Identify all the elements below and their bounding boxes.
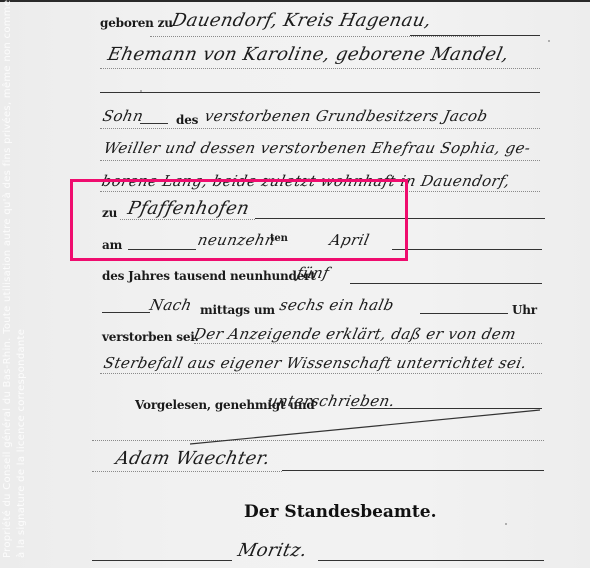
fill-line — [392, 249, 542, 250]
fill-line — [92, 560, 232, 561]
dotted-rule — [100, 68, 540, 69]
fill-line — [350, 283, 542, 284]
signature-official: Moritz. — [236, 540, 309, 561]
signature-declarant: Adam Waechter. — [114, 448, 272, 469]
entry-place-of-death: Pfaffenhofen — [126, 198, 252, 219]
label-am: am — [102, 238, 122, 252]
label-des-jahres: des Jahres tausend neunhundert — [102, 269, 316, 283]
dotted-rule — [120, 219, 255, 220]
label-uhr: Uhr — [512, 303, 537, 317]
fill-line — [100, 92, 540, 93]
strike-line — [190, 407, 550, 447]
entry-declaration-1: Der Anzeigende erklärt, daß er von dem — [192, 325, 518, 343]
entry-year: fünf — [295, 264, 331, 282]
entry-spouse: Ehemann von Karoline, geborene Mandel, — [106, 44, 511, 65]
label-zu: zu — [102, 206, 117, 220]
scanned-page: Propriété du Conseil général du Bas-Rhin… — [0, 2, 590, 568]
entry-month-of-death: April — [328, 231, 371, 249]
ink-speck — [548, 40, 550, 42]
dotted-rule — [92, 471, 282, 472]
entry-birthplace: Dauendorf, Kreis Hagenau, — [170, 10, 434, 31]
fill-line — [140, 123, 168, 124]
label-ten: ten — [270, 233, 288, 244]
entry-mother: Weiller und dessen verstorbenen Ehefrau … — [102, 139, 532, 157]
entry-nach: Nach — [148, 296, 194, 314]
fill-line — [255, 218, 545, 219]
ink-speck — [505, 523, 507, 525]
fill-line — [420, 313, 508, 314]
fill-line — [102, 312, 150, 313]
fill-line — [128, 249, 196, 250]
ink-speck — [140, 90, 142, 92]
dotted-rule — [150, 36, 480, 37]
entry-declaration-2: Sterbefall aus eigener Wissenschaft unte… — [102, 354, 529, 372]
dotted-rule — [100, 128, 540, 129]
watermark-line-1: Propriété du Conseil général du Bas-Rhin… — [2, 0, 14, 558]
watermark-line-2: à la signature de la licence corresponda… — [16, 329, 28, 558]
document-viewer: Propriété du Conseil général du Bas-Rhin… — [0, 0, 590, 568]
entry-sohn: Sohn — [101, 107, 145, 125]
entry-day-of-death: neunzehn — [196, 231, 277, 249]
dotted-rule — [194, 343, 542, 344]
entry-parents-residence: borene Lang, beide zuletzt wohnhaft in D… — [100, 172, 512, 190]
official-title: Der Standesbeamte. — [244, 502, 437, 522]
fill-line — [410, 35, 540, 36]
entry-father: verstorbenen Grundbesitzers Jacob — [203, 107, 489, 125]
fill-line — [282, 470, 544, 471]
label-verstorben-sei: verstorben sei. — [102, 330, 199, 344]
fill-line — [318, 560, 544, 561]
label-geboren-zu: geboren zu — [100, 16, 173, 30]
dotted-rule — [100, 373, 542, 374]
dotted-rule — [100, 191, 540, 192]
label-mittags-um: mittags um — [200, 303, 275, 317]
dotted-rule — [100, 160, 540, 161]
entry-time: sechs ein halb — [278, 296, 396, 314]
label-des: des — [176, 113, 198, 127]
